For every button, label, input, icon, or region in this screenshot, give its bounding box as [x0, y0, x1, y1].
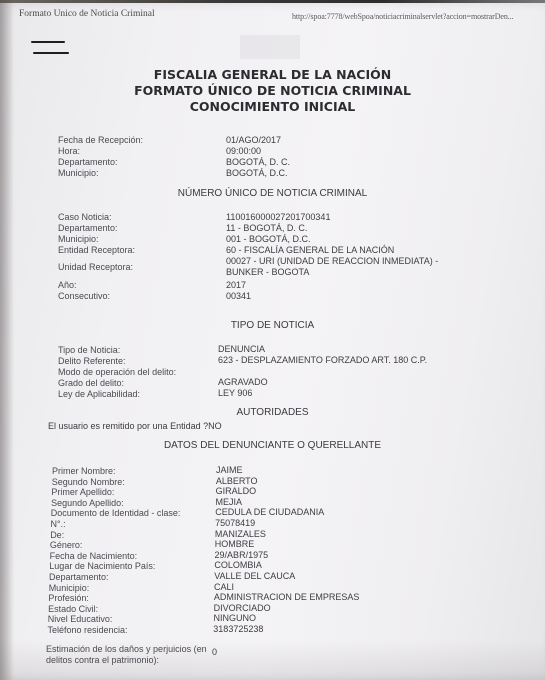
print-header-url: http://spoa:7778/webSpoa/noticiacriminal…	[292, 12, 513, 21]
field-label: Primer Apellido:	[51, 487, 114, 498]
field-value: DENUNCIA	[218, 344, 265, 355]
field-label: Segundo Apellido:	[51, 498, 124, 509]
field-label: Estado Civil:	[48, 604, 98, 615]
field-value: LEY 906	[218, 388, 252, 399]
estimacion-label-line2: delitos contra el patrimonio):	[46, 655, 159, 666]
field-value: 29/ABR/1975	[215, 550, 269, 561]
field-label: Municipio:	[58, 168, 99, 179]
field-value: 3183725238	[213, 624, 263, 635]
autoridades-text: El usuario es remitido por una Entidad ?…	[48, 421, 222, 432]
field-value: GIRALDO	[216, 486, 257, 497]
field-label: Hora:	[58, 146, 80, 157]
handwritten-mark	[33, 52, 69, 54]
field-value: MANIZALES	[215, 529, 266, 540]
section-heading-denunciante: DATOS DEL DENUNCIANTE O QUERELLANTE	[0, 440, 545, 451]
field-value: 00027 - URI (UNIDAD DE REACCION INMEDIAT…	[226, 256, 438, 267]
field-value: DIVORCIADO	[214, 603, 271, 614]
field-label: Teléfono residencia:	[48, 625, 128, 636]
field-label: Unidad Receptora:	[58, 262, 133, 273]
field-label: De:	[50, 530, 64, 541]
title-line-2: FORMATO ÚNICO DE NOTICIA CRIMINAL	[0, 83, 545, 99]
field-value: 11 - BOGOTÁ, D. C.	[226, 223, 307, 234]
field-value: 00341	[226, 291, 251, 302]
field-label: Año:	[58, 280, 77, 291]
field-label: Tipo de Noticia:	[58, 345, 120, 356]
field-value: 01/AGO/2017	[226, 135, 281, 146]
faded-watermark	[240, 35, 300, 59]
field-label: Delito Referente:	[58, 356, 126, 367]
field-value: HOMBRE	[215, 539, 255, 550]
field-label: Caso Noticia:	[58, 212, 112, 223]
field-label: Consecutivo:	[58, 291, 110, 302]
section-heading-autoridades: AUTORIDADES	[0, 407, 545, 418]
field-value: ADMINISTRACION DE EMPRESAS	[214, 592, 360, 603]
field-value: 623 - DESPLAZAMIENTO FORZADO ART. 180 C.…	[218, 355, 427, 366]
handwritten-mark	[31, 41, 65, 43]
field-value: NINGUNO	[213, 613, 256, 624]
field-label: Municipio:	[49, 583, 90, 594]
field-value: AGRAVADO	[218, 377, 268, 388]
section-heading-tipo-noticia: TIPO DE NOTICIA	[0, 320, 545, 331]
print-header-title: Formato Unico de Noticia Criminal	[19, 9, 155, 19]
field-label: Documento de Identidad - clase:	[51, 508, 181, 519]
section-heading-numero-unico: NÚMERO ÚNICO DE NOTICIA CRIMINAL	[0, 188, 545, 199]
estimacion-value: 0	[212, 647, 217, 658]
field-value: BOGOTÁ, D. C.	[226, 157, 290, 168]
field-label: Fecha de Nacimiento:	[50, 551, 138, 562]
title-line-3: CONOCIMIENTO INICIAL	[0, 99, 545, 115]
document-title: FISCALIA GENERAL DE LA NACIÓN FORMATO ÚN…	[0, 67, 545, 115]
field-label: N°.:	[51, 519, 66, 530]
field-value: CEDULA DE CIUDADANIA	[215, 507, 324, 518]
field-label: Departamento:	[58, 157, 118, 168]
field-value: COLOMBIA	[214, 560, 262, 571]
field-value: CALI	[214, 582, 234, 593]
field-label: Primer Nombre:	[52, 466, 116, 477]
field-label: Grado del delito:	[58, 378, 124, 389]
field-label: Municipio:	[58, 234, 99, 245]
field-label: Fecha de Recepción:	[58, 135, 143, 146]
field-label: Segundo Nombre:	[52, 477, 125, 488]
field-label: Nivel Educativo:	[48, 614, 113, 625]
field-value: 2017	[226, 280, 246, 291]
field-value-continued: BUNKER - BOGOTA	[226, 267, 309, 278]
field-value: 09:00:00	[226, 146, 261, 157]
field-label: Lugar de Nacimiento País:	[49, 561, 155, 572]
field-value: 60 - FISCALÍA GENERAL DE LA NACIÓN	[226, 245, 394, 256]
field-label: Género:	[50, 540, 83, 551]
field-label: Departamento:	[49, 572, 109, 583]
field-value: MEJIA	[215, 497, 242, 508]
field-label: Ley de Aplicabilidad:	[58, 389, 140, 400]
field-value: 75078419	[215, 518, 255, 529]
title-line-1: FISCALIA GENERAL DE LA NACIÓN	[0, 67, 545, 83]
field-value: 110016000027201700341	[226, 212, 330, 223]
field-label: Profesión:	[48, 593, 89, 604]
field-value: JAIME	[216, 465, 243, 476]
field-label: Entidad Receptora:	[58, 245, 135, 256]
field-value: 001 - BOGOTÁ, D.C.	[226, 234, 311, 245]
field-value: BOGOTÁ, D.C.	[226, 168, 288, 179]
field-value: VALLE DEL CAUCA	[214, 571, 295, 582]
field-label: Modo de operación del delito:	[58, 367, 176, 378]
estimacion-label-line1: Estimación de los daños y perjuicios (en	[46, 644, 207, 655]
field-label: Departamento:	[58, 223, 118, 234]
field-value: ALBERTO	[216, 476, 258, 487]
